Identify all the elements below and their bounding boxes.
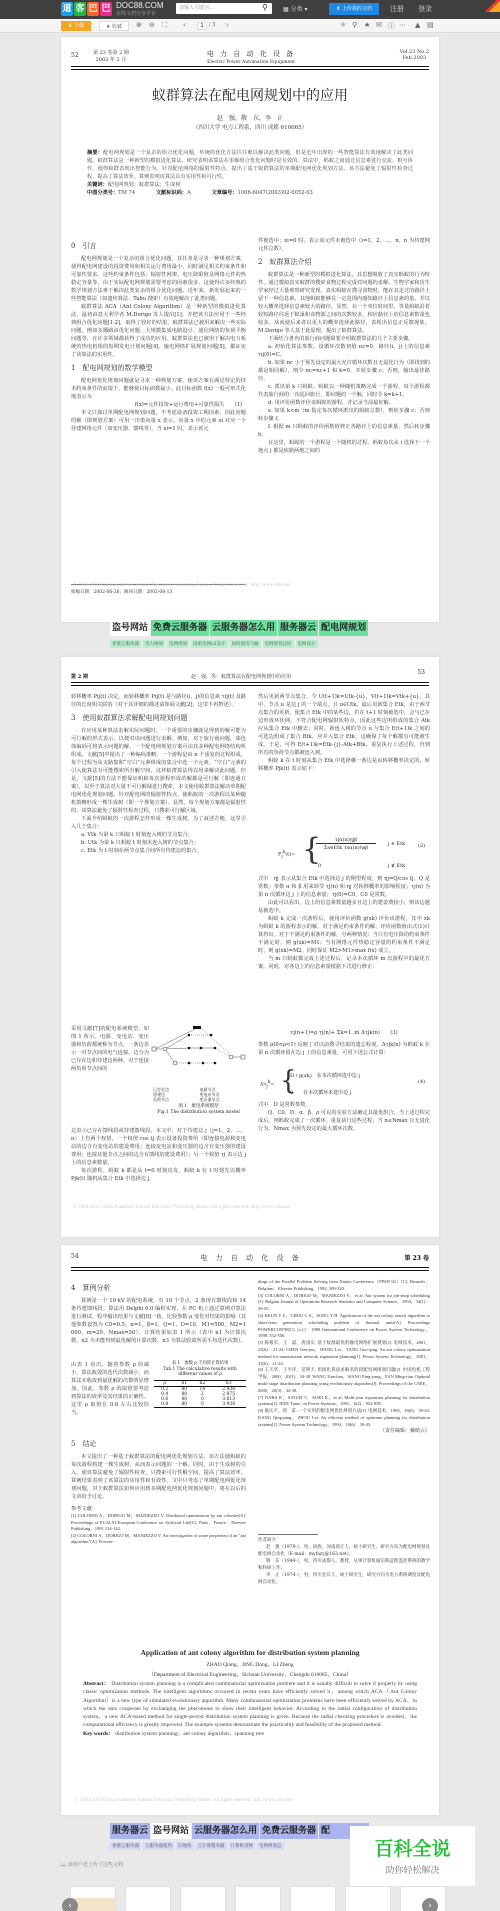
ad-small-link[interactable]: 如何使用马桶	[230, 640, 261, 648]
copyright-watermark: © 1994-2010 China Academic Journal Elect…	[73, 583, 290, 588]
ad-keyword-link[interactable]: 盗号网站	[151, 1823, 191, 1839]
paragraph: 蚁群算法 ACA（Ant Colony Algorithm）是一种新型的模拟进化…	[71, 303, 246, 359]
header-divider	[71, 682, 429, 683]
references-heading: 参考文献：	[71, 1505, 246, 1513]
ad-small-link[interactable]: 香港云服务器	[110, 1842, 141, 1850]
brand-subtitle: 在线文档分享平台	[116, 10, 164, 18]
paragraph: Q、C0、D、α、β、ρ 可以用实验方法确定其最优组合。当上述过程完成后，则蚂蚁…	[258, 1109, 430, 1133]
more-icon[interactable]: ⋯	[399, 21, 406, 29]
paragraph: 当 m 只蚂蚁都完成上述过程后，记录本次循环 m 次游程中的最优方案。同时，对各…	[258, 955, 430, 971]
share-icon[interactable]: ⚛	[340, 21, 346, 29]
paragraph: 由表 1 看出，随着参数 ρ 的减小，算法收敛的迭代次数减小，而算法未收敛到最优…	[71, 1361, 149, 1433]
favorite-label: 收藏	[112, 24, 122, 30]
article-no-label: 文章编号：	[212, 190, 238, 196]
set-definition: c. Etk 为 t 时刻在两节点集合间所有待建边的集合。	[71, 847, 246, 855]
table-cell: 0	[193, 1402, 211, 1408]
right-column-bottom: 式中 D 是常数参数。 Q、C0、D、α、β、ρ 可以用实验方法确定其最优组合。…	[258, 1101, 430, 1221]
also-uploaded-label: 该用户还上传了这些文档	[68, 1862, 123, 1868]
document-toolbar: ⬇ 下载 ★ 收藏 ⊕ ⊖ ⛶ ‹ 1 / 3 › ⚛ ⚲ ★ ✉ ⓘ ⋯ ▲ …	[0, 19, 500, 33]
next-page-icon[interactable]: ›	[226, 21, 229, 29]
table-caption: 表 1 参数 ρ 不同的计算结果Tab.1 The calculative re…	[154, 1361, 246, 1378]
page-number: 52	[71, 52, 79, 59]
prev-page-icon[interactable]: ‹	[183, 21, 186, 29]
network-diagram	[151, 1023, 246, 1083]
search-input[interactable]: 请输入关键词...	[176, 3, 272, 14]
eq2-numerator: τjα(n)ηjβ	[316, 837, 376, 844]
english-affiliation: （Department of Electrical Engineering，Si…	[61, 1670, 439, 1678]
eq2-label: (2)	[418, 843, 425, 849]
ad-small-link[interactable]: 电网规划总	[257, 1842, 284, 1850]
comment-icon[interactable]: ✉	[376, 21, 382, 29]
logo-char: 巴	[87, 2, 99, 16]
upload-document-button[interactable]: ⬆ 上传我的文档	[329, 3, 379, 15]
algorithm-step: f. 根据 m 只蚂蚁的评价函数值修正各路径上的信息素量，然后转步骤 b。	[258, 423, 430, 439]
issue-label: 第 2 期	[71, 673, 88, 680]
equation-3: τj(n+1)=ρ τj(n)+ Σk=1..m Δτjk(n) (3)	[258, 1029, 430, 1039]
figure-1-distribution-model: 已存在边 电源节点 待建边 变电站节点 负荷节点 变压器节点 图 1 配电系统模…	[151, 1023, 246, 1125]
page-number-input[interactable]: 1	[197, 22, 207, 30]
eq4-case: 0 在本次循环未选中边 j	[290, 1089, 351, 1096]
ad-keyword-link[interactable]: 云服务器怎么用	[210, 620, 277, 636]
clc-label: 中图分类号：	[87, 190, 118, 196]
message-icon[interactable]: ▤	[427, 21, 434, 29]
algorithm-step: c. 派出第 k 只蚂蚁。蚂蚁以一种随机策略完成一个游程，每个游程都代表旅行商的…	[258, 383, 430, 399]
document-page-2: 第 2 期 赵 强，等：蚁群算法在配电网规划中的应用 53 转移概率 Pij(t…	[61, 657, 439, 1237]
algorithm-step: d. 用评价函数评价该蚂蚁的游程，并记录当前最好解。	[258, 399, 430, 407]
logo-char: 巴	[100, 2, 112, 16]
zoom-in-icon[interactable]: ⊕	[136, 21, 142, 29]
paragraph: 下面结合著名的旅行商问题简要介绍蚁群算法的几个主要步骤。	[258, 335, 430, 343]
reference-item: [6] 王天华，王平洋，范明天. 用演化算法求解多阶段配电网规划问题[J]. 中…	[258, 1367, 430, 1394]
category-dropdown[interactable]: ▦ 分类 ▾	[283, 4, 308, 13]
baike-overlay-badge[interactable]: 百科全说 助你轻松解决	[350, 1826, 475, 1886]
register-link[interactable]: 注册	[390, 4, 404, 14]
equation-4: Δτjk= { D / g(xk) 在本次循环选中边 j 0 在本次循环未选中边…	[258, 1069, 430, 1099]
logo-char: 客	[74, 2, 86, 16]
paragraph: 在应用某种算法求解实际问题时，一个重要的步骤就是得到的解可能为可行解的形式表示。…	[71, 727, 246, 815]
section-heading: 2 蚁群算法介绍	[258, 256, 430, 268]
reference-item: dings of the Parallel Problem Solving fr…	[258, 1279, 430, 1293]
related-doc-thumbnail[interactable]	[345, 1886, 391, 1911]
set-definition: b. Utk 为第 k 只蚂蚁 t 时刻未连入树的节点集合；	[71, 839, 246, 847]
right-column: 然后更新两节点集合，令 U(t+1)k=Utk-{u}，V(t+1)k=Vtk+…	[258, 693, 430, 833]
download-label: 下载	[74, 23, 84, 29]
download-button[interactable]: ⬇ 下载	[61, 21, 91, 31]
ad-keyword-link[interactable]: 配电网规划	[319, 620, 368, 636]
ad-small-link[interactable]: 电力规划	[143, 640, 165, 648]
caption-cn: 图 1 配电系统模型	[178, 1104, 218, 1109]
keywords-label: Key words：	[83, 1731, 114, 1737]
abstract-text: Distribution system planning is a compli…	[83, 1681, 417, 1728]
paragraph: 每次游程，蚂蚁 k 都是从 t=0 时刻出发。蚂蚁 k 在 t 时刻先以概率 P…	[71, 1167, 246, 1183]
baike-title: 百科全说	[350, 1834, 475, 1861]
paragraph: 然后更新两节点集合，令 U(t+1)k=Utk-{u}，V(t+1)k=Vtk+…	[258, 693, 430, 757]
english-abstract: Abstract： Distribution system planning i…	[83, 1680, 417, 1738]
author-bios: 作者简介： 赵 强（1979-），男，回族，河南商丘人，硕士研究生，研究方向为配…	[258, 1537, 430, 1607]
eq2-case: j ∈ Etk	[388, 841, 405, 847]
page-number: 53	[417, 669, 425, 676]
results-table: 表 1 参数 ρ 不同的计算结果Tab.1 The calculative re…	[154, 1361, 246, 1408]
issue-info: 第 23 卷第 2 期2003 年 2 月	[93, 49, 129, 63]
table: ρ n1 n2 n3 0.280142.438 0.48022.975 0.68…	[154, 1380, 246, 1408]
reference-item: [2] COLORNI A，DORIGO M，MANIEZZO V. An in…	[71, 1533, 246, 1546]
paragraph: 本文提出了一种基于蚁群算法的配电网优化规划方法。该方法使蚂蚁的每次游程构建一棵生…	[71, 1453, 246, 1501]
right-column: 件被选中；xi=0 时，表示该元件未被选中（i=1，2，…，n，n 为待建网元件…	[258, 237, 430, 602]
star-icon[interactable]: ★	[364, 21, 370, 29]
ad-small-link[interactable]: 电网规划	[167, 640, 189, 648]
caption-cn: 表 1 参数 ρ 不同的计算结果	[172, 1361, 229, 1366]
paragraph: 件被选中；xi=0 时，表示该元件未被选中（i=1，2，…，n，n 为待建网元件…	[258, 237, 430, 253]
eq4-label: (4)	[418, 1079, 425, 1085]
bio-divider	[258, 1534, 318, 1535]
header-divider	[71, 1267, 429, 1268]
volume-label: 第 23 卷第 2 期	[93, 50, 129, 56]
english-title: Application of ant colony algorithm for …	[61, 1648, 439, 1657]
copyright-watermark: © 1994-2010 China Academic Journal Elect…	[75, 1798, 292, 1803]
figure-legend: 已存在边 电源节点 待建边 变电站节点 负荷节点 变压器节点	[151, 1087, 246, 1102]
reference-item: [7] NARA K，SATUH T，AOKI K，et al. Multi-y…	[258, 1395, 430, 1409]
table-cell: 0.8	[154, 1402, 175, 1408]
caption-en: Fig.1 The distribution system model	[157, 1110, 240, 1115]
zoom-out-icon[interactable]: ⊖	[149, 21, 155, 29]
header-divider-thin	[71, 69, 429, 70]
paragraph: 式中 ηj 表示从集合 Etk 中选择边 j 的期望程度，则 ηj=Q/cos …	[258, 875, 430, 899]
baike-subtitle: 助你轻松解决	[350, 1863, 475, 1876]
ad-keyword-link[interactable]: 盗号网站	[110, 620, 150, 636]
notification-icon[interactable]: ▲	[415, 21, 420, 29]
bio-heading: 作者简介：	[258, 1537, 430, 1544]
table-cell: 80	[175, 1402, 193, 1408]
paragraph: 由此可以看出，边上的信息素数量越多且边上的建设费较小，则该边越易被选中。	[258, 899, 430, 915]
abstract-label: 摘要：	[87, 150, 103, 156]
clc-value: TM 74	[118, 190, 135, 196]
journal-en: Electric Power Automation Equipment	[207, 60, 295, 65]
ad-small-link[interactable]: 香港云服务器	[110, 640, 141, 648]
ad-small-link[interactable]: 电网规划总结	[263, 640, 294, 648]
left-column-bottom: 5 结论 本文提出了一种基于蚁群算法的配电网优化规划方法。该方法使蚂蚁的每次游程…	[71, 1435, 246, 1605]
ad-small-link[interactable]: 国家电网v1设计	[191, 640, 228, 648]
figure-wrap-text: 采用文献[7]的配电系统模型，如图 1 所示。电源、变电站、变压器和负荷都统称为…	[71, 1025, 149, 1125]
date-label: 2003 年 2 月	[96, 57, 127, 63]
carousel-prev-button[interactable]: ‹	[62, 1898, 78, 1911]
responsible-editor: （责任编辑：戴绪云）	[258, 1429, 430, 1436]
table-row: 0.68003.613	[154, 1397, 246, 1402]
legend-item: 负荷节点	[153, 1097, 200, 1102]
upload-label: 上传我的文档	[342, 6, 372, 12]
left-column-bottom: 边表示已存在馈线段或待建馈线段。本文中，对于待建边 j（j=1，2，…，n）上有…	[71, 1127, 246, 1227]
abstract: 摘要：配电网规划是一个复杂的组合优化问题，传统的优化方法往往难以解决此类问题，但…	[87, 149, 413, 197]
algorithm-step: b. 如果 nc 小于预先设定的最大允许循环次数且无退化行为（即找到的都是相同解…	[258, 359, 430, 383]
paragraph: 配电网规划是一个复杂的组合优化问题，其任务是寻求一种规划方案，使得配电网建设的投…	[71, 255, 246, 303]
top-navigation-bar: 道 客 巴 巴 DOC88.COM在线文档分享平台 请输入关键词... ⚲ ▦ …	[0, 0, 500, 19]
eq2-denominator: Σs∈Etk τsα(n)ηsβ	[316, 845, 376, 851]
ad-small-link[interactable]: 计算机刊物	[229, 1842, 256, 1850]
ad-keyword-link[interactable]: 免费云服务器	[151, 620, 209, 636]
header-divider	[71, 66, 429, 67]
ad-small-link[interactable]: 云服务器租用	[143, 1842, 174, 1850]
section-heading: 1 配电网规划的数学模型	[71, 362, 246, 374]
table-row: 0.48022.975	[154, 1392, 246, 1397]
ad-small-keyword-bar: 香港云服务器 云服务器租用 扫地机 云计算服务器 计算机刊物 电网规划总	[110, 1842, 284, 1850]
paragraph: 在这里，蚂蚁的一个游程是一个随机的过程。蚂蚁每次从 i 选择下一个地点 j 都是…	[258, 439, 430, 455]
paragraph: 边表示已存在馈线段或待建馈线段。本文中，对于待建边 j（j=1，2，…，n）上有…	[71, 1127, 246, 1167]
ad-keyword-link[interactable]: 免费云服务器	[260, 1823, 318, 1839]
algorithm-step: e. 如果 k<m（m 指定每次循环派出的蚂蚁总数），则转步骤 c；否则转步骤 …	[258, 407, 430, 423]
reference-item: [8] 康庆平，周 雷. 一个实用的配电网优化规划方法[J]. 电网技术，199…	[258, 1408, 430, 1428]
algorithm-step: a. 初始化算法参数。设循环次数初值 nc=0，路径(i，j)上的信息素 τij…	[258, 343, 430, 359]
corner-ribbon-icon[interactable]	[484, 0, 500, 12]
journal-name: 电 力 自 动 化 设 备	[181, 1253, 321, 1263]
search-icon[interactable]: ⚲	[262, 3, 268, 12]
keywords-label: 关键词：	[87, 182, 108, 188]
find-icon[interactable]: ⚲	[352, 21, 357, 29]
right-column-mid: 式中 ηj 表示从集合 Etk 中选择边 j 的期望程度，则 ηj=Q/cos …	[258, 875, 430, 1025]
paragraph: 蚂蚁 k 完成一次游程后，使用评价函数 g(xk) 评价该游程，其中 xk 为蚂…	[258, 915, 430, 955]
book-icon: 📖	[60, 1862, 66, 1868]
english-authors: ZHAO Qiang，JING Dong，LI Zheng	[61, 1660, 439, 1668]
ad-small-link[interactable]: 电网设计	[296, 640, 318, 648]
logo-char: 道	[61, 2, 73, 16]
document-page-3: 54 电 力 自 动 化 设 备 第 23 卷 4 算例分析 算例是一个 10 …	[61, 1245, 439, 1815]
related-doc-thumbnail[interactable]	[125, 1886, 171, 1911]
also-uploaded-heading: 📖 该用户还上传了这些文档	[60, 1861, 123, 1868]
brand-text: DOC88.COM	[116, 1, 164, 10]
favorite-button[interactable]: ★ 收藏	[99, 21, 129, 31]
reference-item: [3] COLORNI A，DORIGO M，MANIEZZO V，et al.…	[258, 1293, 430, 1313]
ad-small-link[interactable]: 云计算服务器	[196, 1842, 227, 1850]
author-bio: 赵 强（1979-），男，回族，河南商丘人，硕士研究生，研究方向为配电网规划及配…	[258, 1544, 430, 1558]
table-row: 0.88003.938	[154, 1402, 246, 1408]
total-pages: / 3	[209, 22, 215, 28]
abstract-text: 配电网规划是一个复杂的组合优化问题，传统的优化方法往往难以解决此类问题，但是近年…	[87, 150, 413, 180]
document-page-1: 52 第 23 卷第 2 期2003 年 2 月 电 力 自 动 化 设 备El…	[61, 37, 439, 622]
section-heading: 5 结论	[71, 1438, 246, 1450]
set-definition: a. Vtk 为第 k 只蚂蚁 t 时刻连入树的节点集合；	[71, 831, 246, 839]
section-heading: 3 使用蚁群算法求解配电网规划问题	[71, 712, 246, 724]
ad-keyword-link[interactable]: 服务器云	[110, 1823, 150, 1839]
caption-en: Tab.1 The calculative results with diffe…	[163, 1367, 237, 1378]
ad-keyword-bar: 盗号网站 免费云服务器 云服务器怎么用 服务器云 配电网规划	[110, 620, 368, 636]
paragraph: 蚂蚁 k 在 t 时刻从集合 Etk 中选择哪一条边是由转移概率决定的，转移概率…	[258, 757, 430, 773]
paragraph: 本文只探讨单期配电网规划问题，不考虑设备投资工期因素，因此问题的解（即规划方案）…	[71, 409, 246, 433]
table-row: 0.280142.438	[154, 1386, 246, 1392]
left-column: 4 算例分析 算例是一个 10 kV 的配电系统，有 10 个节点，2 条现有馈…	[71, 1279, 246, 1359]
author-bio: 李 正（1974-），男，四川宜宾人，硕士研究生，研究方向为电力系统调度及配电网…	[258, 1572, 430, 1586]
issue-info-en: Vol.23 No.2Feb.2003	[400, 49, 429, 61]
legend-item: 变压器节点	[200, 1097, 247, 1102]
related-doc-thumbnail[interactable]	[235, 1886, 281, 1911]
header-divider-thin	[71, 1270, 429, 1271]
authors: 赵 强，敬 东，李 正	[61, 113, 439, 122]
site-logo[interactable]: 道 客 巴 巴	[61, 2, 112, 16]
paragraph: 下面介绍蚂蚁的一次游程怎样形成一棵生成树。为了叙述方便，这里引入几个集合：	[71, 815, 246, 831]
related-doc-thumbnail[interactable]	[180, 1886, 226, 1911]
left-column: 转移概率 Pij(t) 决定，而转移概率 Pij(t) 是与路径(i，j)的信息…	[71, 693, 246, 1023]
keywords-text: 配电网规划；蚁群算法；生成树	[108, 182, 181, 188]
equation-2: Pjk(t)= { τjα(n)ηjβ Σs∈Etk τsα(n)ηsβ 0 j…	[258, 835, 430, 875]
equation-1: f(x)=元件投资+运行费用+可靠性损失 (1)	[71, 401, 246, 409]
volume-label: 第 23 卷	[404, 1253, 429, 1262]
fullscreen-icon[interactable]: ⛶	[162, 21, 167, 30]
author-bio: 敬 东（1944-），男，四川成都人，教授，从事计算机通信和远程监控系统的教学和…	[258, 1558, 430, 1572]
paragraph: 配电网优化规划问题就是寻求一种规划方案，使该方案在满足特定的技术约束条件的前提下…	[71, 377, 246, 401]
table-cell: 3.938	[211, 1402, 246, 1408]
eq4-case: D / g(xk) 在本次循环选中边 j	[290, 1072, 360, 1079]
info-icon[interactable]: ⓘ	[388, 21, 395, 31]
category-label: 分类	[291, 6, 303, 13]
article-no-value: 1006-6047(2003)02-0052-03	[238, 190, 313, 196]
paragraph: 式中 D 是常数参数。	[258, 1101, 430, 1109]
paragraph: 参数 ρ(0<ρ<1) 反映了对以前搜寻结果的遗忘程度。Δτjk(n) 为蚂蚁 …	[258, 1041, 430, 1067]
ad-keyword-bar: 服务器云 盗号网站 云服务器怎么用 免费云服务器 配	[110, 1823, 369, 1839]
paragraph: 算例是一个 10 kV 的配电系统，有 10 个节点，2 条现有馈线段和 14 …	[71, 1297, 246, 1345]
reference-item: [1] COLORNI A，DORIGO M，MANIEZZO V. Disti…	[71, 1513, 246, 1533]
paragraph: 转移概率 Pij(t) 决定，而转移概率 Pij(t) 是与路径(i，j)的信息…	[71, 693, 246, 709]
references-column: dings of the Parallel Problem Solving fr…	[258, 1279, 430, 1529]
affiliation: （四川大学 电力工程系，四川 成都 610065）	[61, 123, 439, 131]
section-heading: 4 算例分析	[71, 1282, 246, 1294]
date-en: Feb.2003	[402, 55, 426, 61]
reference-item: [5] 陈根军，王 磊，唐国庆. 基于蚁群最优的输电网络扩展规划[J]. 电网技…	[258, 1340, 430, 1367]
carousel-next-button[interactable]: ›	[422, 1898, 438, 1911]
page-number: 54	[71, 1253, 79, 1260]
article-title: 蚁群算法在配电网规划中的应用	[61, 85, 439, 105]
journal-name: 电 力 自 动 化 设 备Electric Power Automation E…	[181, 49, 321, 65]
section-heading: 0 引言	[71, 240, 246, 252]
ad-small-link[interactable]: 扫地机	[176, 1842, 194, 1850]
reference-item: [4] KEUN Y L，CHOU C S，SONG Y H. Applicat…	[258, 1313, 430, 1340]
figure-caption: 图 1 配电系统模型Fig.1 The distribution system …	[151, 1104, 246, 1116]
related-doc-thumbnail[interactable]	[290, 1886, 336, 1911]
left-column: 0 引言 配电网规划是一个复杂的组合优化问题，其任务是寻求一种规划方案，使得配电…	[71, 237, 246, 582]
eq2-case: j ∉ Etk	[388, 863, 405, 869]
ad-small-keyword-bar: 香港云服务器 电力规划 电网规划 国家电网v1设计 如何使用马桶 电网规划总结 …	[110, 640, 318, 648]
login-link[interactable]: 登录	[418, 4, 432, 14]
running-title: 赵 强，等：蚁群算法在配电网规划中的应用	[161, 673, 321, 680]
paragraph: 蚁群算法是一种新型的模拟进化算法，其思想吸收了真实蚂蚁的行为特性，通过模拟真实蚁…	[258, 271, 430, 335]
received-date: 收稿日期：2002-06-26；修回日期：2002-08-13	[71, 589, 246, 599]
journal-cn: 电 力 自 动 化 设 备	[207, 50, 295, 58]
ad-keyword-link[interactable]: 服务器云	[278, 620, 318, 636]
copyright-watermark: © 1994-2010 China Academic Journal Elect…	[73, 1205, 290, 1210]
brand-name: DOC88.COM在线文档分享平台	[116, 2, 164, 18]
abstract-label: Abstract：	[83, 1681, 110, 1687]
ad-keyword-link[interactable]: 云服务器怎么用	[192, 1823, 259, 1839]
related-docs-carousel	[70, 1886, 446, 1911]
keywords-text: distribution system planning；ant colony …	[115, 1731, 264, 1737]
doc-code-value: A	[187, 190, 191, 196]
doc-code-label: 文献标识码：	[156, 190, 187, 196]
header-divider-thin	[71, 685, 429, 686]
